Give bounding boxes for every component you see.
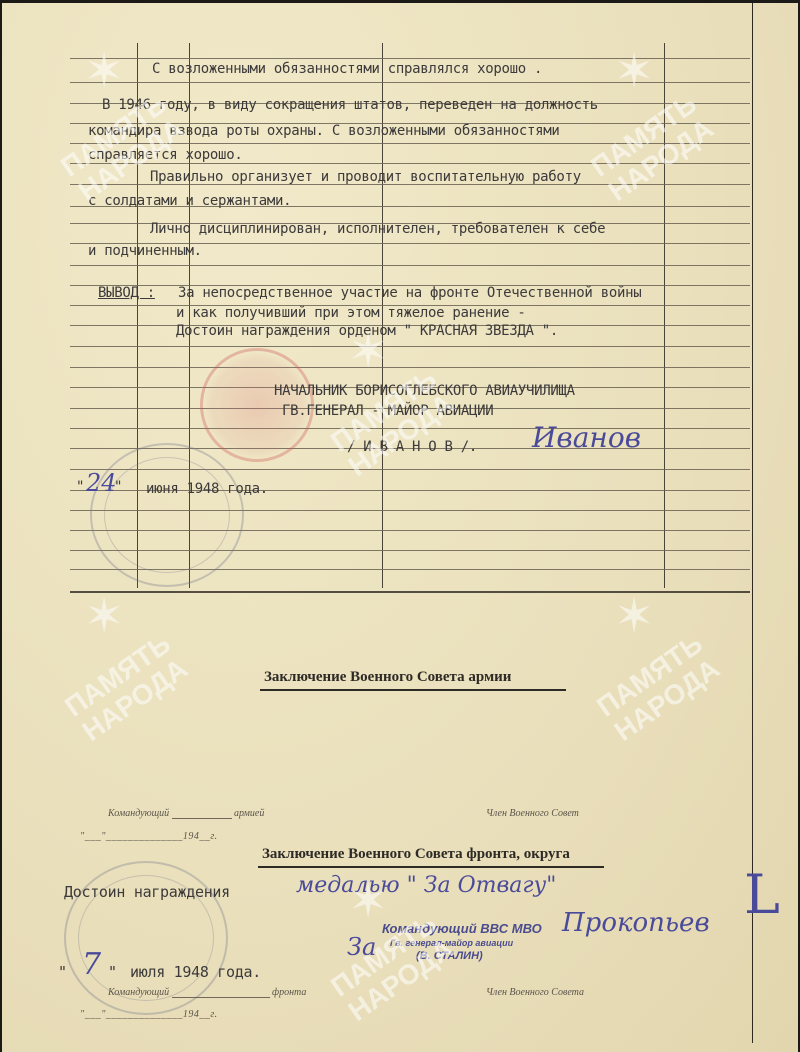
front-label: фронта: [272, 987, 306, 998]
watermark-text: ПАМЯТЬНАРОДА: [326, 364, 460, 483]
handwritten-signature: Иванов: [532, 421, 641, 454]
rule: [70, 346, 750, 347]
date-quote-open: ": [58, 963, 67, 981]
date-rest: июня 1948 года.: [146, 481, 268, 497]
star-icon: ✶: [348, 323, 388, 379]
date-day-handwritten: 7: [82, 947, 101, 982]
commander-signature: Прокопьев: [562, 908, 710, 938]
date-day-handwritten: 24: [86, 469, 117, 497]
watermark-text: ПАМЯТЬНАРОДА: [60, 629, 194, 748]
army-label: армией: [234, 808, 264, 819]
front-date-blank: "___"______________194__г.: [80, 1009, 218, 1020]
grey-seal-stamp: [90, 443, 244, 587]
star-icon: ✶: [614, 588, 654, 644]
heading-underline: [258, 866, 604, 868]
text-line: В 1946 году, в виду сокращения штатов, п…: [102, 97, 598, 113]
blank-line: [172, 818, 232, 819]
worthy-label: Достоин награждения: [64, 883, 230, 901]
date-quote-open: ": [76, 479, 84, 495]
award-document-page: С возложенными обязанностями справлялся …: [2, 3, 798, 1052]
army-council-heading: Заключение Военного Совета армии: [264, 669, 511, 686]
front-commander-label: Командующий: [108, 987, 169, 998]
conclusion-line: и как получивший при этом тяжелое ранени…: [176, 305, 526, 321]
rule: [70, 265, 750, 266]
text-line: С возложенными обязанностями справлялся …: [152, 61, 542, 77]
text-line: с солдатами и сержантами.: [88, 193, 291, 209]
heading-underline: [260, 689, 566, 691]
award-handwritten: медалью " За Отвагу": [296, 873, 556, 898]
conclusion-line: За непосредственное участие на фронте От…: [178, 285, 641, 301]
watermark-text: ПАМЯТЬНАРОДА: [592, 629, 726, 748]
front-member-label: Член Военного Совета: [486, 987, 584, 998]
date-quote-close: ": [114, 479, 122, 495]
army-member-label: Член Военного Совет: [486, 808, 579, 819]
army-commander-label: Командующий: [108, 808, 169, 819]
text-line: Правильно организует и проводит воспитат…: [150, 169, 581, 185]
watermark-text: ПАМЯТЬНАРОДА: [586, 89, 720, 208]
star-icon: ✶: [614, 43, 654, 99]
army-date-blank: "___"______________194__г.: [80, 831, 218, 842]
date-rest: июля 1948 года.: [130, 963, 261, 981]
star-icon: ✶: [84, 43, 124, 99]
text-line: Лично дисциплинирован, исполнителен, тре…: [150, 221, 605, 237]
blank-line: [172, 997, 270, 998]
conclusion-label: ВЫВОД :: [98, 285, 155, 301]
front-council-heading: Заключение Военного Совета фронта, округ…: [262, 846, 570, 863]
star-icon: ✶: [348, 873, 388, 929]
text-line: и подчиненным.: [88, 243, 202, 259]
rule: [70, 367, 750, 368]
date-quote-close: ": [108, 963, 117, 981]
signature-flourish: L: [744, 863, 780, 926]
star-icon: ✶: [84, 588, 124, 644]
